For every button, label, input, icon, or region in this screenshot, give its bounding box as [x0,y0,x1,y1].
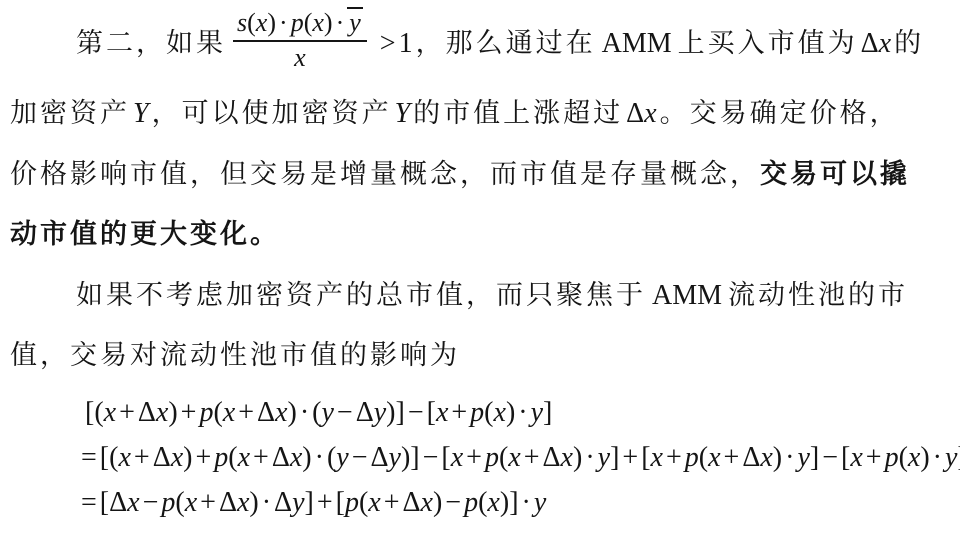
math-token: y [534,487,546,518]
math-token: Δ [356,397,374,428]
text-run: 如果不考虑加密资产的总市值，而只聚焦于 [76,280,646,310]
math-token: + [521,442,543,473]
math-token: Δ [371,442,389,473]
math-token: ) [433,487,442,518]
math-token: x [237,487,249,518]
math-run: s(x)·p(x)· [237,8,347,37]
math-token: Δ [109,487,127,518]
fraction: s(x)·p(x)·y x [233,7,367,73]
text-run: 值，交易对流动性池市值的影响为 [10,340,460,370]
math-token: x [708,442,720,473]
math-token: y [374,397,386,428]
math-token: x [561,442,573,473]
text-segments: >1，那么通过在AMM上买入市值为Δx的 [374,21,924,60]
math-token: Δ [626,98,644,129]
math-token: 1 [399,28,413,59]
math-token: − [442,487,464,518]
math-token: [ [841,442,850,473]
math-token: x [104,397,116,428]
math-token: p [464,487,478,518]
math-token: x [185,487,197,518]
math-token: x [421,487,433,518]
math-token: + [663,442,685,473]
math-token: + [619,442,641,473]
math-token: Δ [219,487,237,518]
math-token: + [314,487,336,518]
math-token: p [199,397,213,428]
math-token: Δ [153,442,171,473]
math-token: Y [395,98,411,129]
math-token: + [721,442,743,473]
math-token: + [863,442,885,473]
math-token: x [118,442,130,473]
math-token: ( [247,8,256,37]
math-token: · [276,8,291,37]
math-token: + [131,442,153,473]
overline-y: y [347,7,363,36]
math-run: Y [395,98,411,129]
math-token: ] [543,397,552,428]
math-token: ) [302,442,311,473]
math-token: · [259,487,274,518]
math-token: x [644,98,656,129]
math-token: ) [401,442,410,473]
math-token: x [290,442,302,473]
math-token: x [908,442,920,473]
math-token: = [78,487,100,518]
math-token: ] [810,442,819,473]
math-token: x [451,442,463,473]
fraction-numerator: s(x)·p(x)·y [233,7,367,42]
math-token: y [336,442,348,473]
math-token: · [333,8,348,37]
math-token: ( [228,442,237,473]
text-run: 上买入市值为 [678,28,858,58]
math-token: ( [899,442,908,473]
math-token: Δ [138,397,156,428]
math-token: ) [573,442,582,473]
math-token: Δ [742,442,760,473]
math-token: · [519,487,534,518]
math-token: ) [249,487,258,518]
text-run: 第二，如果 [76,21,226,60]
math-token: · [782,442,797,473]
math-token: ] [410,442,419,473]
math-token: ) [920,442,929,473]
math-token: ( [327,442,336,473]
math-token: p [345,487,359,518]
text-run: 的市值上涨超过 [413,98,623,128]
math-token: − [420,442,442,473]
math-token: p [214,442,228,473]
math-token: y [389,442,401,473]
math-run: Δx [626,98,656,129]
math-token: Δ [272,442,290,473]
math-token: Y [133,98,149,129]
math-token: Δ [257,397,275,428]
math-token: ( [499,442,508,473]
math-token: x [256,8,268,37]
math-token: + [178,397,200,428]
paragraph1-line3: 价格影响市值，但交易是增量概念，而市值是存量概念，交易可以撬 [10,152,910,191]
text-run: AMM [602,28,672,59]
fraction-denominator: x [294,42,306,73]
math-token: x [368,487,380,518]
math-token: = [78,442,100,473]
math-token: ] [610,442,619,473]
math-token: ( [484,397,493,428]
math-token: ) [287,397,296,428]
math-token: [ [85,397,94,428]
math-token: ( [359,487,368,518]
formula-line-2: =[(x+Δx)+p(x+Δx)·(y−Δy)]−[x+p(x+Δx)·y]+[… [78,442,960,474]
formula-line-1: [(x+Δx)+p(x+Δx)·(y−Δy)]−[x+p(x)·y] [78,397,552,429]
math-token: y [598,442,610,473]
paragraph1-line4: 动市值的更大变化。 [10,212,280,251]
math-token: y [349,8,361,37]
paragraph2-line1: 如果不考虑加密资产的总市值，而只聚焦于AMM流动性池的市 [10,273,908,312]
text-run: ，那么通过在 [416,28,596,58]
math-token: Δ [543,442,561,473]
math-token: ) [168,397,177,428]
math-token: x [487,487,499,518]
math-token: + [250,442,272,473]
math-token: + [192,442,214,473]
math-token: x [156,397,168,428]
math-token: − [405,397,427,428]
math-token: ( [699,442,708,473]
math-token: [ [100,487,109,518]
text-run: 交易可以撬 [760,159,910,189]
math-token: + [235,397,257,428]
math-token: Δ [861,28,879,59]
math-token: x [508,442,520,473]
math-token: y [292,487,304,518]
math-token: · [312,442,327,473]
math-token: y [321,397,333,428]
math-token: s [237,8,247,37]
math-token: y [797,442,809,473]
math-token: x [294,43,306,72]
math-token: − [140,487,162,518]
text-run: ，可以使加密资产 [152,98,392,128]
math-token: ( [213,397,222,428]
math-token: x [275,397,287,428]
math-token: · [582,442,597,473]
math-token: Δ [403,487,421,518]
math-token: ) [324,8,333,37]
math-run: Y [133,98,149,129]
math-token: [ [427,397,436,428]
math-token: ) [773,442,782,473]
math-token: y [945,442,957,473]
math-token: − [349,442,371,473]
math-token: ) [506,397,515,428]
paragraph1-line1: 第二，如果 s(x)·p(x)·y x >1，那么通过在AMM上买入市值为Δx的 [10,4,924,76]
math-token: p [291,8,304,37]
text-run: 动市值的更大变化。 [10,219,280,249]
math-token: x [312,8,324,37]
math-token: · [297,397,312,428]
math-token: [ [336,487,345,518]
math-token: [ [100,442,109,473]
math-token: x [238,442,250,473]
math-token: ) [267,8,276,37]
text-run: 流动性池的市 [728,280,908,310]
math-token: x [127,487,139,518]
math-token: p [485,442,499,473]
math-token: − [334,397,356,428]
math-token: x [850,442,862,473]
formula-line-3: =[Δx−p(x+Δx)·Δy]+[p(x+Δx)−p(x)]·y [78,487,546,519]
math-token: + [463,442,485,473]
math-token: + [116,397,138,428]
math-token: ] [395,397,404,428]
math-run: >1 [377,28,413,59]
math-token: ] [305,487,314,518]
math-token: x [436,397,448,428]
math-token: [ [441,442,450,473]
math-token: · [515,397,530,428]
math-token: x [223,397,235,428]
math-token: + [381,487,403,518]
math-token: + [197,487,219,518]
math-token: p [161,487,175,518]
math-token: p [685,442,699,473]
math-token: > [377,28,399,59]
math-token: [ [641,442,650,473]
math-token: p [470,397,484,428]
text-run: 价格影响市值，但交易是增量概念，而市值是存量概念， [10,159,760,189]
math-token: x [879,28,891,59]
paragraph1-line2: 加密资产Y，可以使加密资产Y的市值上涨超过Δx。交易确定价格， [10,91,900,130]
math-token: Δ [274,487,292,518]
document-page: 第二，如果 s(x)·p(x)·y x >1，那么通过在AMM上买入市值为Δx的… [0,0,960,550]
math-token: − [819,442,841,473]
math-token: x [171,442,183,473]
math-token: p [885,442,899,473]
math-token: x [760,442,772,473]
text-run: 加密资产 [10,98,130,128]
math-token: ] [509,487,518,518]
math-token: · [930,442,945,473]
paragraph2-line2: 值，交易对流动性池市值的影响为 [10,333,460,372]
math-token: ) [500,487,509,518]
math-token: y [531,397,543,428]
text-run: AMM [652,280,722,311]
text-run: 。交易确定价格， [660,98,900,128]
math-token: x [494,397,506,428]
math-run: Δx [861,28,891,59]
math-token: ( [175,487,184,518]
text-run: 的 [894,28,924,58]
math-token: + [448,397,470,428]
math-token: ( [94,397,103,428]
math-token: x [651,442,663,473]
